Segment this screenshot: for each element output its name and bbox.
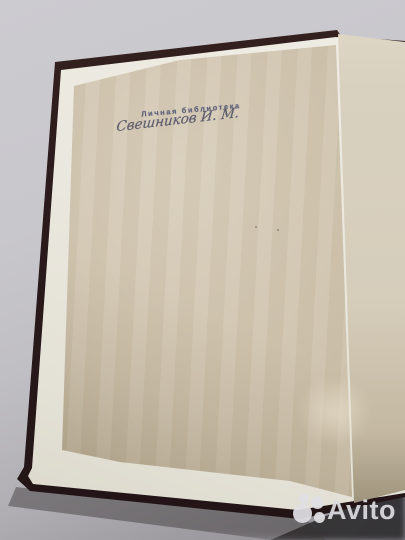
avito-dot-icon <box>314 512 325 523</box>
avito-dot-icon <box>293 504 312 523</box>
photo: Личная библиотека Свешников И. М. Avito <box>0 0 405 540</box>
avito-wordmark: Avito <box>327 495 396 526</box>
avito-dot-icon <box>311 496 324 509</box>
page-speck <box>255 226 257 228</box>
avito-watermark: Avito <box>287 491 405 537</box>
book: Личная библиотека Свешников И. М. <box>0 0 405 540</box>
page-speck <box>277 229 279 231</box>
page-light-patch <box>298 376 372 448</box>
avito-dot-icon <box>299 494 309 504</box>
